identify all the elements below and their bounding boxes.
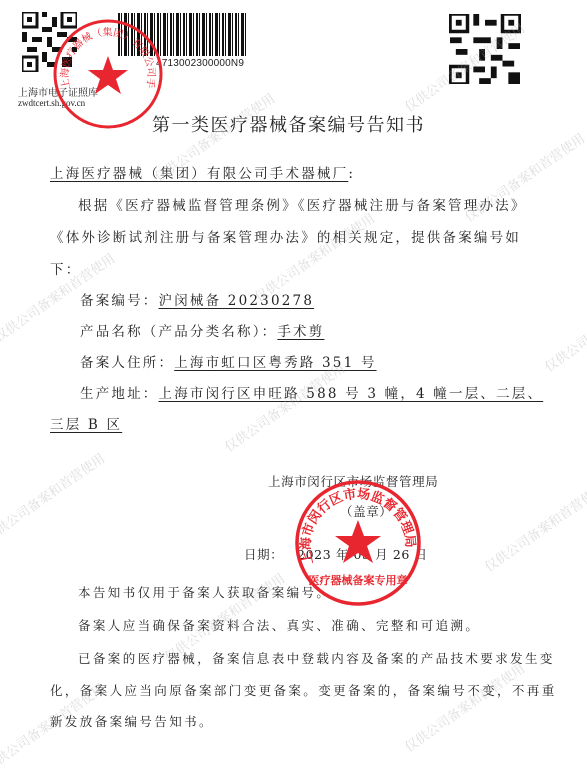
issuing-authority: 上海市闵行区市场监督管理局 (268, 472, 438, 490)
license-library-label: 上海市电子证照库 (18, 84, 98, 99)
qr-code-left (22, 12, 77, 72)
note-1: 本告知书仅用于备案人获取备案编号。 (78, 583, 331, 601)
production-address-value: 上海市闵行区申旺路 588 号 3 幢，4 幢一层、二层、 (159, 386, 544, 402)
date-value: 2023 年 05 月 26 日 (297, 547, 428, 562)
barcode (118, 13, 246, 56)
intro-line-2: 《体外诊断试剂注册与备案管理办法》的相关规定，提供备案编号如 (50, 226, 521, 246)
license-url: zwdtcert.sh.gov.cn (18, 98, 85, 108)
date-label: 日期： (244, 547, 283, 562)
page-title: 第一类医疗器械备案编号告知书 (152, 111, 425, 137)
record-number-value: 沪闵械备 20230278 (159, 293, 315, 309)
recipient: 上海医疗器械（集团）有限公司手术器械厂: (50, 162, 355, 182)
registrant-address-row: 备案人住所：上海市虹口区粤秀路 351 号 (80, 351, 377, 371)
recipient-name: 上海医疗器械（集团）有限公司手术器械厂 (50, 166, 348, 182)
intro-line-3: 下： (50, 258, 81, 278)
production-address-row: 生产地址：上海市闵行区申旺路 588 号 3 幢，4 幢一层、二层、 (80, 382, 543, 402)
issue-date: 日期： 2023 年 05 月 26 日 (244, 545, 428, 563)
watermark: 仅供公司备案和首营使用 (540, 278, 587, 376)
product-name-row: 产品名称（产品分类名称）：手术剪 (80, 320, 324, 340)
watermark: 仅供公司备案和首营使用 (400, 658, 528, 756)
product-name-value: 手术剪 (277, 324, 324, 340)
watermark: 仅供公司备案和首营使用 (0, 448, 108, 546)
watermark: 仅供公司备案和首营使用 (480, 478, 587, 576)
record-number-row: 备案编号：沪闵械备 20230278 (80, 289, 314, 309)
note-3-line-1: 已备案的医疗器械，备案信息表中登载内容及备案的产品技术要求发生变 (78, 649, 555, 667)
barcode-number: 4713002300000N9 (156, 58, 244, 69)
note-3-line-3: 新发放备案编号告知书。 (50, 712, 214, 730)
intro-line-1: 根据《医疗器械监督管理条例》《医疗器械注册与备案管理办法》 (78, 194, 527, 214)
seal-note: （盖章） (340, 502, 392, 520)
registrant-address-value: 上海市虹口区粤秀路 351 号 (174, 355, 376, 371)
note-2: 备案人应当确保备案资料合法、真实、准确、完整和可追溯。 (78, 616, 480, 634)
watermark: 仅供公司备案和首营使用 (220, 358, 348, 456)
production-address-line-2: 三层 B 区 (50, 413, 122, 433)
note-3-line-2: 化，备案人应当向原备案部门变更备案。变更备案的，备案编号不变，不再重 (50, 681, 557, 699)
qr-code-right (449, 14, 521, 84)
